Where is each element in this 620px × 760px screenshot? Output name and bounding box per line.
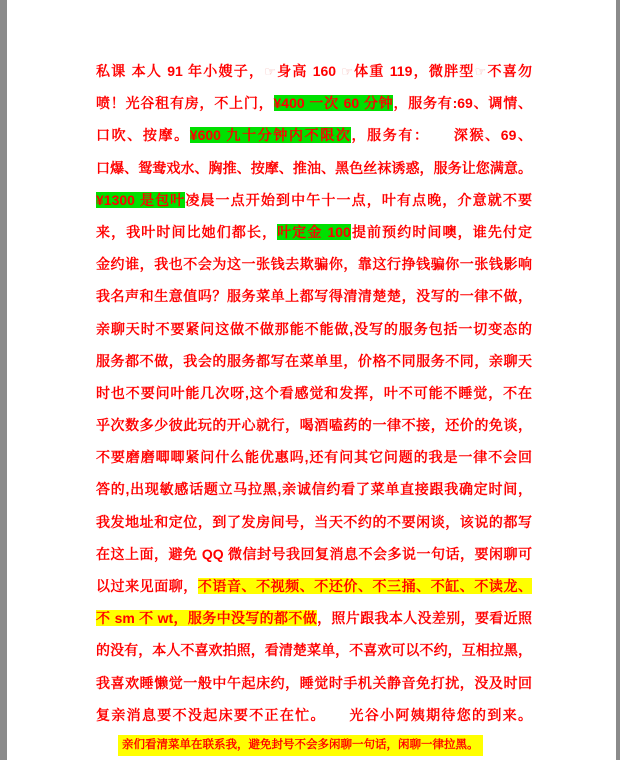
text-run: ，服务有： 深猴、69、 [351,127,532,143]
text-run: ，服务有:69、调情、 [393,95,532,111]
footer-notice: 亲们看清菜单在联系我，避免封号不会多闲聊一句话，闲聊一律拉黑。 [118,735,483,756]
text-run: 不要磨磨唧唧紧问什么能优惠吗,还有问其它问题的我是一律不会回 [96,449,532,465]
text-line: 乎次数多少彼此玩的开心就行，喝酒嗑药的一律不接，还价的免谈， [96,409,532,441]
text-run: 我喜欢睡懒觉一般中午起床约，睡觉时手机关静音免打扰，没及时回 [96,675,532,691]
text-run: 金约谁，我也不会为这一张钱去欺骗你，靠这行挣钱骗你一张钱影响 [96,256,532,272]
text-line: 服务都不做，我会的服务都写在菜单里，价格不同服务不同，亲聊天 [96,345,532,377]
text-run: 喷！光谷租有房，不上门， [96,95,274,111]
text-line: 的没有，本人不喜欢拍照，看清楚菜单，不喜欢可以不约，互相拉黑， [96,634,532,666]
text-run: ，照片跟我本人没差别，要看近照 [317,610,532,626]
text-line: 在这上面，避免 QQ 微信封号我回复消息不会多说一句话，要闲聊可 [96,538,532,570]
text-line: 时也不要问叶能几次呀,这个看感觉和发挥，叶不可能不睡觉，不在 [96,377,532,409]
text-run: 口吹、按摩。 [96,127,190,143]
text-run: 身高 160 [276,63,341,79]
text-run: 私课 本人 91 年小嫂子， [96,63,264,79]
page-edge-right [616,0,620,760]
text-run: 时也不要问叶能几次呀,这个看感觉和发挥，叶不可能不睡觉，不在 [96,385,532,401]
footer-row: 亲们看清菜单在联系我，避免封号不会多闲聊一句话，闲聊一律拉黑。 [96,735,532,756]
text-run: 的没有，本人不喜欢拍照，看清楚菜单，不喜欢可以不约，互相拉黑， [96,642,532,658]
text-run: 不喜勿 [486,63,532,79]
pointing-hand-icon: ☞ [475,64,487,79]
text-run: 提前预约时间噢，谁先付定 [351,224,532,240]
text-line: 不 sm 不 wt，服务中没写的都不做，照片跟我本人没差别，要看近照 [96,602,532,634]
text-run: 凌晨一点开始到中午十一点，叶有点晚，介意就不要 [185,192,532,208]
text-run: 来，我叶时间比她们都长， [96,224,277,240]
highlighted-text: ¥600 九十分钟内不限次 [190,127,352,143]
highlighted-text: ¥1300 是包叶 [96,192,185,208]
pointing-hand-icon: ☞ [341,64,353,79]
text-run: 在这上面，避免 QQ 微信封号我回复消息不会多说一句话，要闲聊可 [96,546,532,562]
text-line: 我发地址和定位，到了发房间号，当天不约的不要闲谈，该说的都写 [96,506,532,538]
text-line: 以过来见面聊，不语音、不视频、不还价、不三捅、不缸、不读龙、 [96,570,532,602]
text-line: 复亲消息要不没起床要不正在忙。 光谷小阿姨期待您的到来。 [96,699,532,731]
text-line: 亲聊天时不要紧问这做不做那能不能做,没写的服务包括一切变态的 [96,313,532,345]
highlighted-text: 叶定金 100 [277,224,351,240]
text-line: 我名声和生意值吗？服务菜单上都写得清清楚楚，没写的一律不做， [96,280,532,312]
document-body: 私课 本人 91 年小嫂子，☞身高 160 ☞体重 119，微胖型☞不喜勿喷！光… [96,55,532,731]
text-run: 体重 119，微胖型 [353,63,475,79]
pointing-hand-icon: ☞ [264,64,276,79]
text-line: 来，我叶时间比她们都长，叶定金 100提前预约时间噢，谁先付定 [96,216,532,248]
text-run: 口爆、鸳鸯戏水、胸推、按摩、推油、黑色丝袜诱惑，服务让您满意。 [96,160,532,176]
text-line: 喷！光谷租有房，不上门，¥400 一次 60 分钟，服务有:69、调情、 [96,87,532,119]
text-line: 口吹、按摩。¥600 九十分钟内不限次，服务有： 深猴、69、 [96,119,532,151]
text-line: ¥1300 是包叶凌晨一点开始到中午十一点，叶有点晚，介意就不要 [96,184,532,216]
text-line: 金约谁，我也不会为这一张钱去欺骗你，靠这行挣钱骗你一张钱影响 [96,248,532,280]
text-run: 服务都不做，我会的服务都写在菜单里，价格不同服务不同，亲聊天 [96,353,532,369]
text-run: 乎次数多少彼此玩的开心就行，喝酒嗑药的一律不接，还价的免谈， [96,417,532,433]
text-line: 我喜欢睡懒觉一般中午起床约，睡觉时手机关静音免打扰，没及时回 [96,667,532,699]
text-line: 私课 本人 91 年小嫂子，☞身高 160 ☞体重 119，微胖型☞不喜勿 [96,55,532,87]
text-run: 我名声和生意值吗？服务菜单上都写得清清楚楚，没写的一律不做， [96,288,532,304]
text-run: 答的,出现敏感话题立马拉黑,亲诚信约看了菜单直接跟我确定时间， [96,481,532,497]
highlighted-text: ¥400 一次 60 分钟 [274,95,394,111]
text-run: 我发地址和定位，到了发房间号，当天不约的不要闲谈，该说的都写 [96,514,532,530]
text-line: 口爆、鸳鸯戏水、胸推、按摩、推油、黑色丝袜诱惑，服务让您满意。 [96,152,532,184]
text-run: 亲聊天时不要紧问这做不做那能不能做,没写的服务包括一切变态的 [96,321,532,337]
text-run: 复亲消息要不没起床要不正在忙。 光谷小阿姨期待您的到来。 [96,707,532,723]
page-edge-left [0,0,7,760]
highlighted-text: 不 sm 不 wt，服务中没写的都不做 [96,610,317,626]
highlighted-text: 不语音、不视频、不还价、不三捅、不缸、不读龙、 [198,578,532,594]
text-run: 以过来见面聊， [96,578,198,594]
text-line: 不要磨磨唧唧紧问什么能优惠吗,还有问其它问题的我是一律不会回 [96,441,532,473]
text-line: 答的,出现敏感话题立马拉黑,亲诚信约看了菜单直接跟我确定时间， [96,473,532,505]
